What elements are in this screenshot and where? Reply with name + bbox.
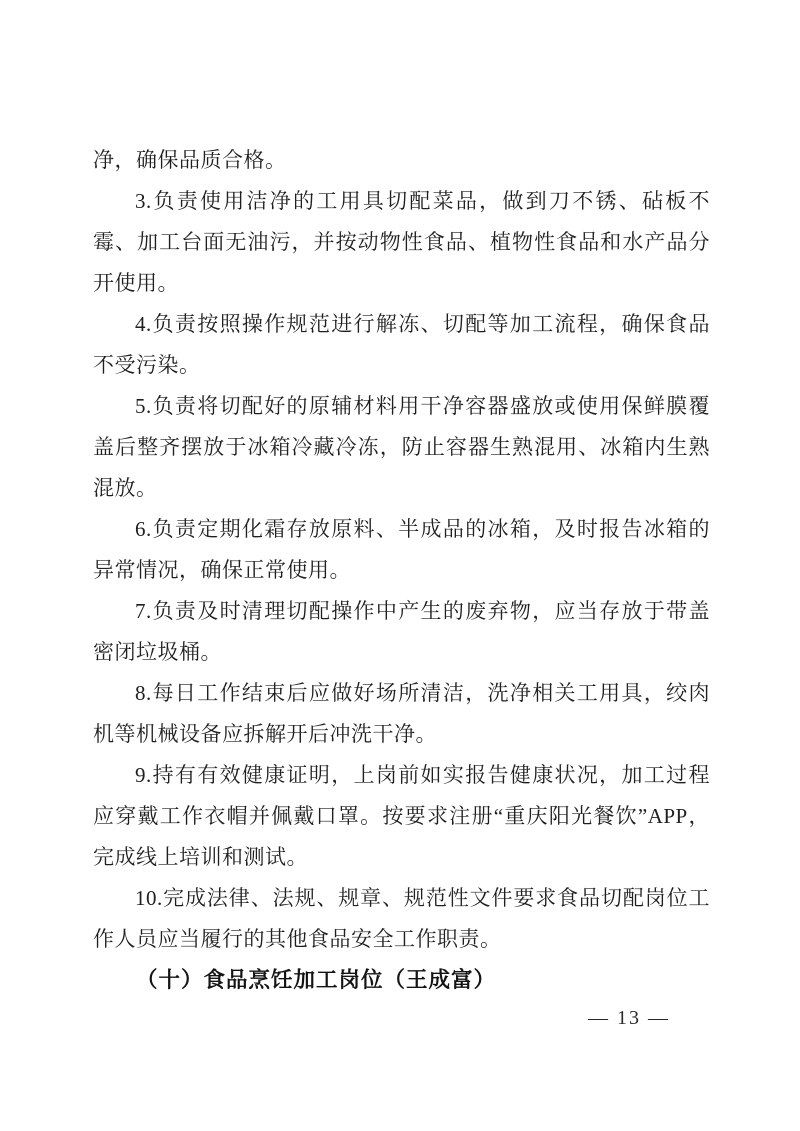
section-heading: （十）食品烹饪加工岗位（王成富）	[93, 960, 710, 1001]
paragraph-item-10: 10.完成法律、法规、规章、规范性文件要求食品切配岗位工作人员应当履行的其他食品…	[93, 878, 710, 960]
document-page: 净，确保品质合格。 3.负责使用洁净的工用具切配菜品，做到刀不锈、砧板不霉、加工…	[0, 0, 800, 1131]
page-number: — 13 —	[588, 1006, 670, 1030]
page-content: 净，确保品质合格。 3.负责使用洁净的工用具切配菜品，做到刀不锈、砧板不霉、加工…	[93, 140, 710, 1001]
paragraph-continuation: 净，确保品质合格。	[93, 140, 710, 181]
paragraph-item-8: 8.每日工作结束后应做好场所清洁，洗净相关工用具，绞肉机等机械设备应拆解开后冲洗…	[93, 673, 710, 755]
paragraph-item-7: 7.负责及时清理切配操作中产生的废弃物，应当存放于带盖密闭垃圾桶。	[93, 591, 710, 673]
paragraph-item-6: 6.负责定期化霜存放原料、半成品的冰箱，及时报告冰箱的异常情况，确保正常使用。	[93, 509, 710, 591]
paragraph-item-9: 9.持有有效健康证明，上岗前如实报告健康状况，加工过程应穿戴工作衣帽并佩戴口罩。…	[93, 755, 710, 878]
paragraph-item-5: 5.负责将切配好的原辅材料用干净容器盛放或使用保鲜膜覆盖后整齐摆放于冰箱冷藏冷冻…	[93, 386, 710, 509]
paragraph-item-4: 4.负责按照操作规范进行解冻、切配等加工流程，确保食品不受污染。	[93, 304, 710, 386]
paragraph-item-3: 3.负责使用洁净的工用具切配菜品，做到刀不锈、砧板不霉、加工台面无油污，并按动物…	[93, 181, 710, 304]
